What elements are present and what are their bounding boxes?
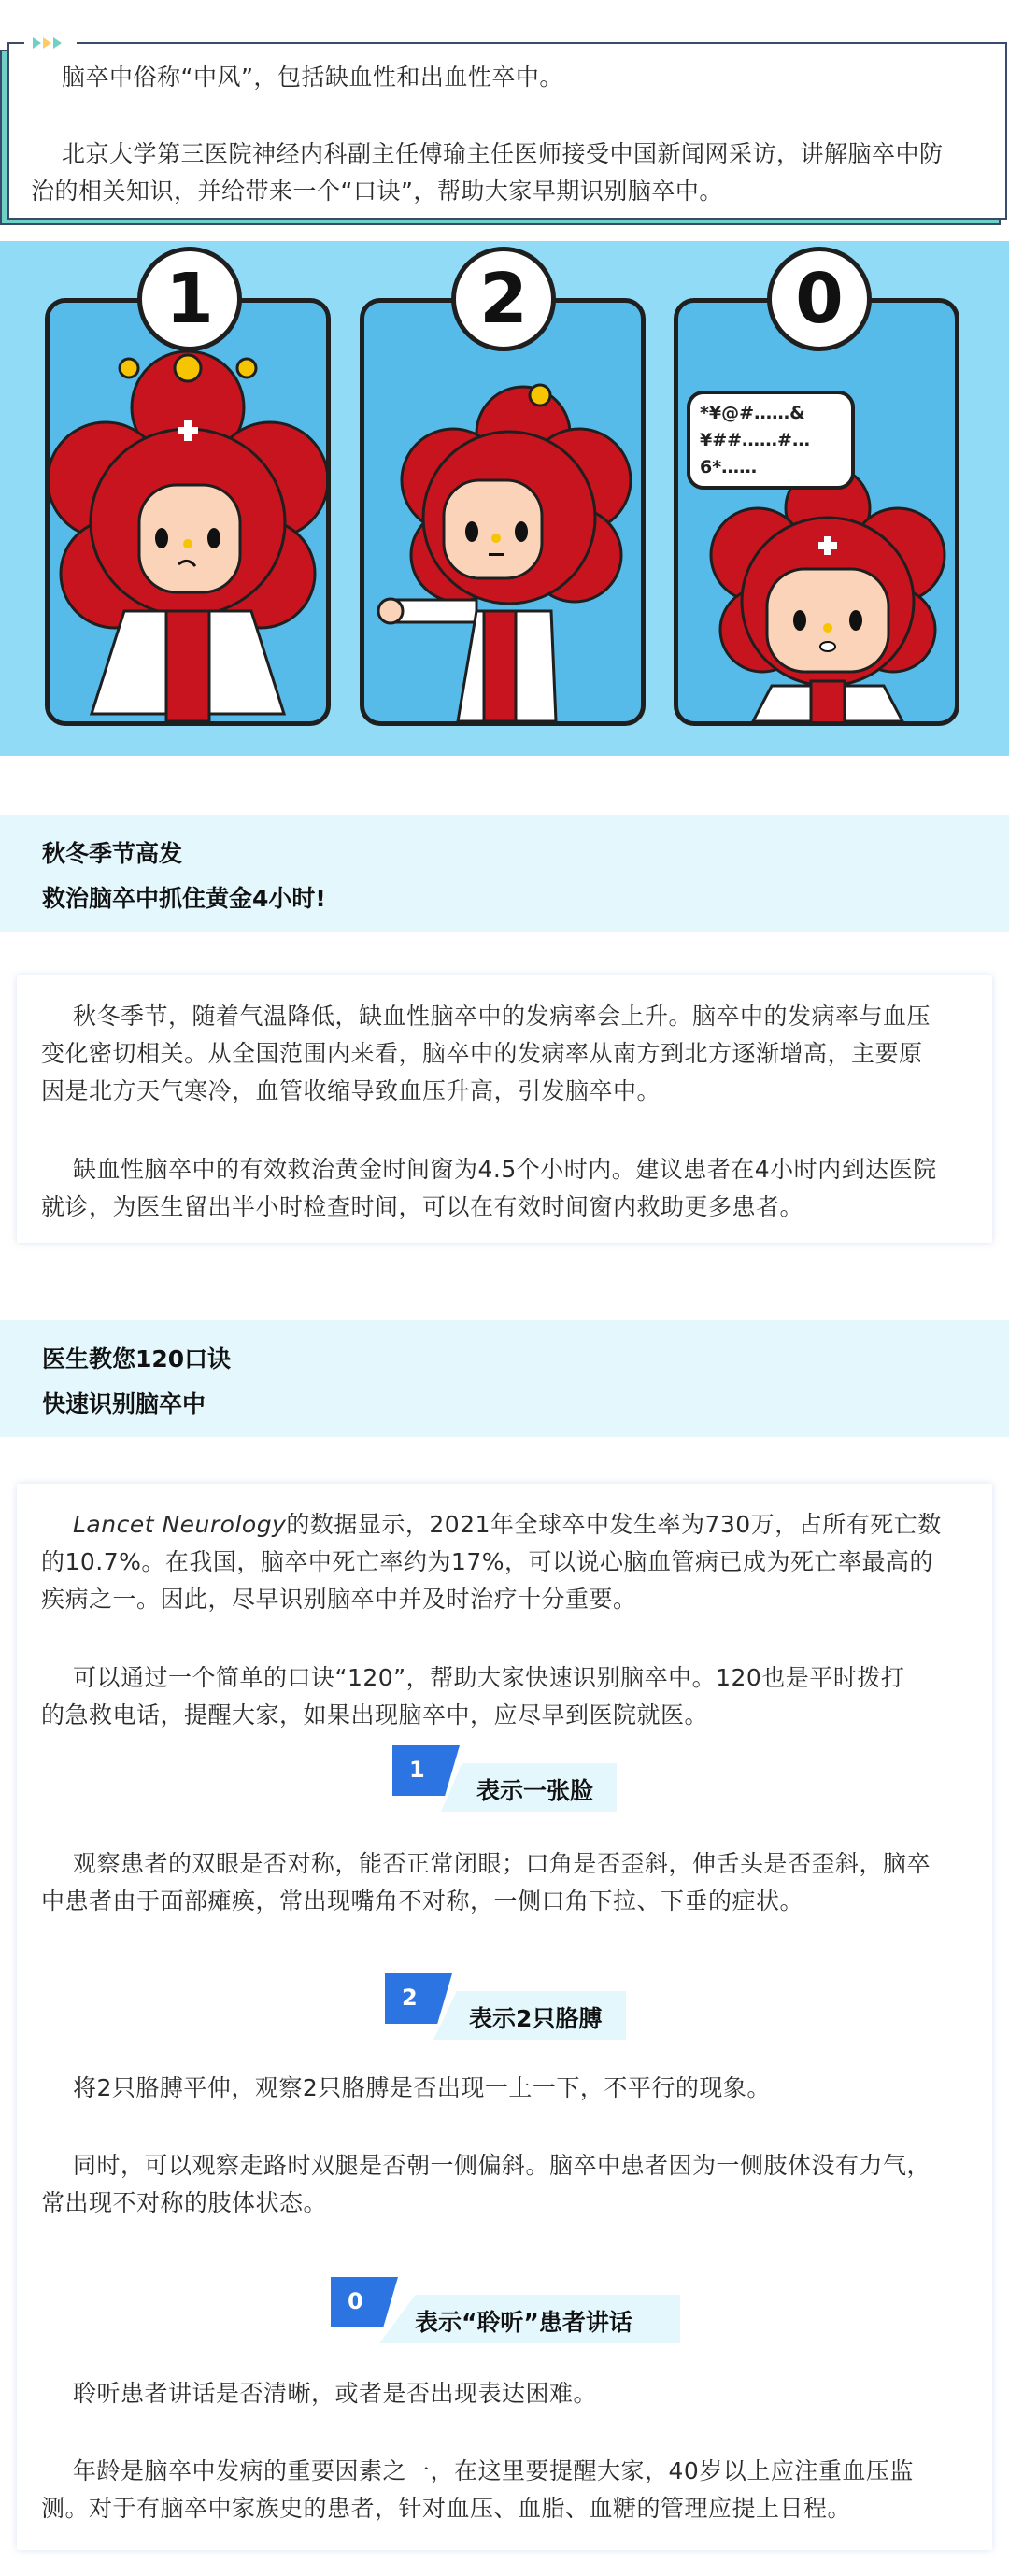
- card1-line-5: 就诊，为医生留出半小时检查时间，可以在有效时间窗内救助更多患者。: [41, 1188, 803, 1226]
- card1-line-1: 秋冬季节，随着气温降低，缺血性脑卒中的发病率会上升。脑卒中的发病率与血压: [73, 998, 931, 1035]
- item-badge-1: 1 表示一张脸: [392, 1745, 617, 1813]
- panel-3-number: 0: [767, 247, 872, 351]
- section-title-line-1: 医生教您120口诀: [42, 1341, 231, 1374]
- section-header-season: 秋冬季节高发 救治脑卒中抓住黄金4小时!: [0, 815, 1009, 932]
- item2-line-3: 常出现不对称的肢体状态。: [41, 2185, 327, 2222]
- item-badge-2: 2 表示2只胳膊: [385, 1973, 626, 2041]
- item1-line-1: 观察患者的双眼是否对称，能否正常闭眼；口角是否歪斜，伸舌头是否歪斜，脑卒: [73, 1845, 931, 1883]
- badge-number: 0: [331, 2277, 398, 2327]
- card2-line-4: 可以通过一个简单的口诀“120”，帮助大家快速识别脑卒中。120也是平时拨打: [73, 1659, 904, 1697]
- closing-line-1: 年龄是脑卒中发病的重要因素之一，在这里要提醒大家，40岁以上应注重血压监: [73, 2453, 914, 2490]
- item-badge-0: 0 表示“聆听”患者讲话: [331, 2277, 680, 2344]
- card2-line-2: 的10.7%。在我国，脑卒中死亡率约为17%，可以说心脑血管病已成为死亡率最高的: [41, 1544, 933, 1581]
- intro-paragraph-2-line-2: 治的相关知识，并给带来一个“口诀”，帮助大家早期识别脑卒中。: [31, 173, 723, 210]
- badge-label: 表示“聆听”患者讲话: [379, 2295, 680, 2343]
- mascot-face-icon: [50, 303, 326, 721]
- card1-line-4: 缺血性脑卒中的有效救治黄金时间窗为4.5个小时内。建议患者在4小时内到达医院: [73, 1151, 937, 1188]
- section-title-line-2: 救治脑卒中抓住黄金4小时!: [42, 880, 326, 914]
- panel-1-number: 1: [137, 247, 242, 351]
- item0-line-1: 聆听患者讲话是否清晰，或者是否出现表达困难。: [73, 2375, 597, 2412]
- panel-2-number: 2: [451, 247, 556, 351]
- card2-line-5: 的急救电话，提醒大家，如果出现脑卒中，应尽早到医院就医。: [41, 1697, 708, 1734]
- badge-label: 表示2只胳膊: [433, 1991, 626, 2040]
- card1-line-2: 变化密切相关。从全国范围内来看，脑卒中的发病率从南方到北方逐渐增高，主要原: [41, 1035, 923, 1073]
- card2-line-3: 疾病之一。因此，尽早识别脑卒中并及时治疗十分重要。: [41, 1581, 637, 1618]
- speech-bubble: *¥@#……& ¥##……#… 6*……: [687, 391, 855, 490]
- intro-paragraph-2-line-1: 北京大学第三医院神经内科副主任傅瑜主任医师接受中国新闻网采访，讲解脑卒中防: [62, 135, 944, 173]
- panel-2: [360, 298, 646, 726]
- section-title-line-1: 秋冬季节高发: [42, 835, 182, 869]
- badge-label: 表示一张脸: [441, 1763, 617, 1812]
- closing-line-2: 测。对于有脑卒中家族史的患者，针对血压、血脂、血糖的管理应提上日程。: [41, 2490, 851, 2527]
- panel-1: [45, 298, 331, 726]
- mascot-illustration: 1 2: [0, 241, 1009, 756]
- badge-number: 2: [385, 1973, 452, 2024]
- journal-name: Lancet Neurology: [73, 1511, 286, 1538]
- badge-number: 1: [392, 1745, 460, 1796]
- panel-3: [674, 298, 959, 726]
- intro-paragraph-1: 脑卒中俗称“中风”，包括缺血性和出血性卒中。: [62, 59, 563, 96]
- section-header-120: 医生教您120口诀 快速识别脑卒中: [0, 1320, 1009, 1437]
- item2-line-2: 同时，可以观察走路时双腿是否朝一侧偏斜。脑卒中患者因为一侧肢体没有力气，: [73, 2147, 931, 2185]
- mascot-arms-icon: [364, 303, 641, 721]
- triple-arrow-icon: [33, 37, 62, 49]
- card2-line-1: Lancet Neurology的数据显示，2021年全球卒中发生率为730万，…: [73, 1506, 942, 1544]
- card1-line-3: 因是北方天气寒冷，血管收缩导致血压升高，引发脑卒中。: [41, 1073, 661, 1110]
- item2-line-1: 将2只胳膊平伸，观察2只胳膊是否出现一上一下，不平行的现象。: [73, 2070, 771, 2107]
- section-title-line-2: 快速识别脑卒中: [42, 1386, 206, 1419]
- mascot-speaking-icon: [678, 303, 955, 721]
- item1-line-2: 中患者由于面部瘫痪，常出现嘴角不对称，一侧口角下拉、下垂的症状。: [41, 1883, 803, 1920]
